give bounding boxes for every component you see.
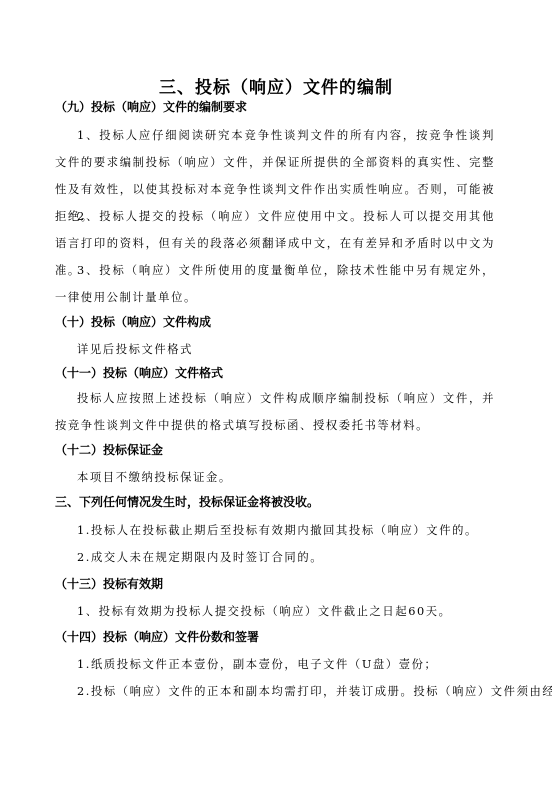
- paragraph: 投标人应按照上述投标（响应）文件构成顺序编制投标（响应）文件，并按竞争性谈判文件…: [55, 385, 495, 439]
- section-heading-10: （十）投标（响应）文件构成: [55, 313, 211, 330]
- paragraph: 2.投标（响应）文件的正本和副本均需打印，并装订成册。投标（响应）文件须由经: [77, 683, 552, 699]
- document-page: 三、投标（响应）文件的编制 （九）投标（响应）文件的编制要求 1、投标人应仔细阅…: [0, 0, 552, 785]
- paragraph: 1、投标有效期为投标人提交投标（响应）文件截止之日起60天。: [77, 603, 452, 619]
- paragraph: 3、投标（响应）文件所使用的度量衡单位，除技术性能中另有规定外，一律使用公制计量…: [55, 257, 495, 311]
- paragraph: 详见后投标文件格式: [77, 341, 193, 357]
- paragraph: 2.成交人未在规定期限内及时签订合同的。: [77, 549, 323, 565]
- section-heading-9: （九）投标（响应）文件的编制要求: [55, 98, 247, 115]
- section-heading-13: （十三）投标有效期: [55, 575, 163, 592]
- section-heading-12: （十二）投标保证金: [55, 441, 163, 458]
- paragraph: 1.纸质投标文件正本壹份，副本壹份，电子文件（U盘）壹份；: [77, 656, 437, 672]
- section-heading-forfeit: 三、下列任何情况发生时，投标保证金将被没收。: [55, 493, 319, 510]
- page-title: 三、投标（响应）文件的编制: [0, 73, 552, 98]
- section-heading-11: （十一）投标（响应）文件格式: [55, 364, 223, 381]
- paragraph: 1.投标人在投标截止期后至投标有效期内撤回其投标（响应）文件的。: [77, 522, 478, 538]
- section-heading-14: （十四）投标（响应）文件份数和签署: [55, 628, 259, 645]
- paragraph: 本项目不缴纳投标保证金。: [77, 469, 232, 485]
